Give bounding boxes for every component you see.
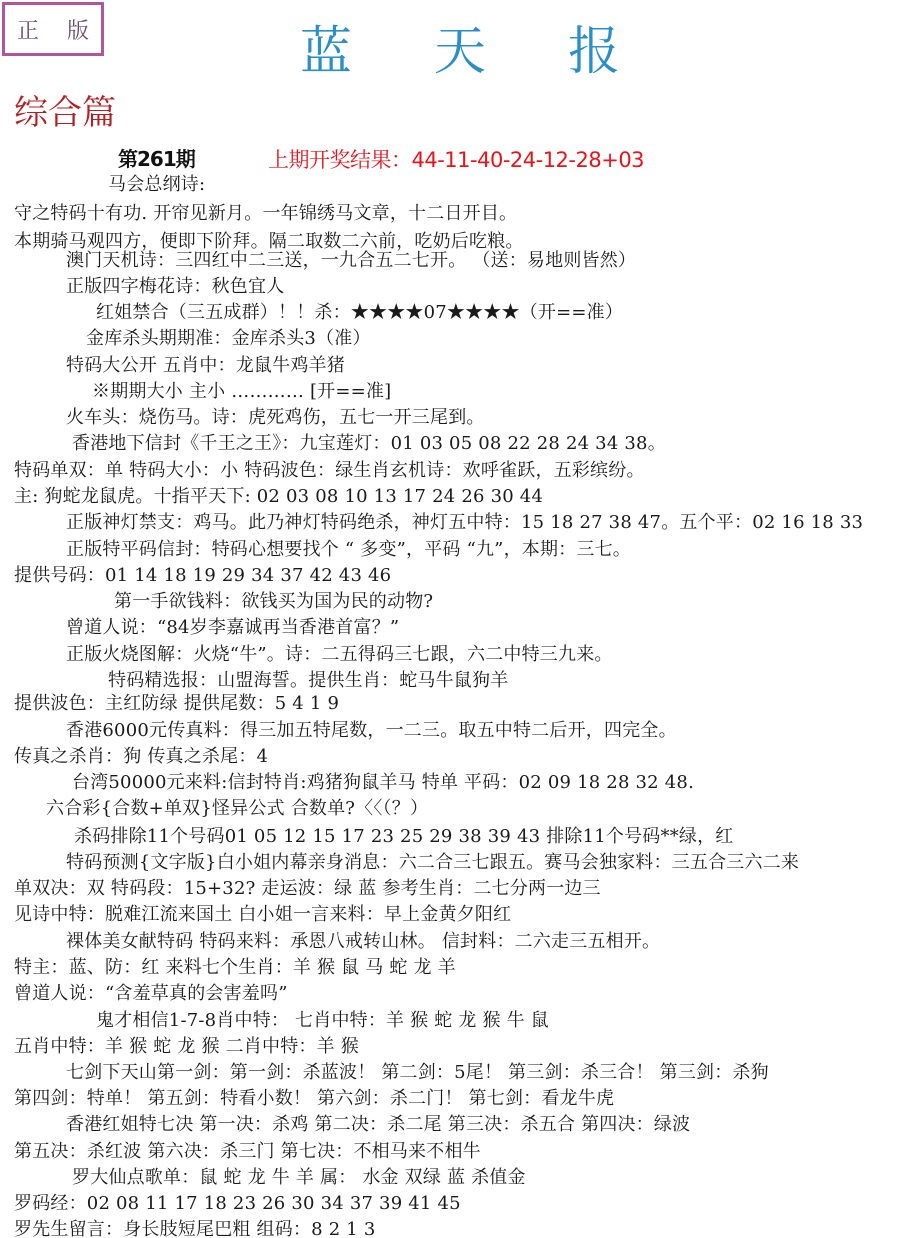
text-line: 第五决：杀红波 第六决：杀三门 第七决：不相马来不相牛 <box>14 1141 481 1163</box>
masthead-char: 报 <box>568 26 620 78</box>
text-line: 罗码经：02 08 11 17 18 23 26 30 34 37 39 41 … <box>14 1193 461 1215</box>
text-line: 香港地下信封《千王之王》：九宝莲灯：01 03 05 08 22 28 24 3… <box>72 433 666 455</box>
text-line: 特主：蓝、防：红 来料七个生肖：羊 猴 鼠 马 蛇 龙 羊 <box>14 957 456 979</box>
text-line: 曾道人说：“84岁李嘉诚再当香港首富？” <box>66 617 399 639</box>
text-line: 金库杀头期期准：金库杀头3（准） <box>86 328 371 350</box>
text-line: 杀码排除11个号码01 05 12 15 17 23 25 29 38 39 4… <box>74 826 734 848</box>
text-line: 罗先生留言：身长肢短尾巴粗 组码：8 2 1 3 <box>14 1219 376 1238</box>
masthead-char: 蓝 <box>300 26 352 78</box>
issue-number: 第261期 <box>118 143 195 172</box>
text-line: 特码大公开 五肖中：龙鼠牛鸡羊猪 <box>66 355 345 377</box>
text-line: 守之特码十有功. 开帘见新月。一年锦绣马文章，十二日开目。 <box>14 203 517 225</box>
last-draw-numbers: 44-11-40-24-12-28+03 <box>412 148 645 172</box>
text-line: 主: 狗蛇龙鼠虎。十指平天下: 02 03 08 10 13 17 24 26 … <box>14 486 543 508</box>
text-line: 台湾50000元来料:信封特肖:鸡猪狗鼠羊马 特单 平码：02 09 18 28… <box>72 772 694 794</box>
text-line: 第四剑：特单！ 第五剑：特看小数！ 第六剑：杀二门！ 第七剑：看龙牛虎 <box>14 1088 614 1110</box>
text-line: 七剑下天山第一剑：第一剑：杀蓝波！ 第二剑：5尾！ 第三剑：杀三合！ 第三剑：杀… <box>66 1062 769 1084</box>
masthead-char: 天 <box>434 26 486 78</box>
text-line: 特码精选报：山盟海誓。提供生肖：蛇马牛鼠狗羊 <box>108 670 508 692</box>
text-line: 正版神灯禁支：鸡马。此乃神灯特码绝杀，神灯五中特：15 18 27 38 47。… <box>66 512 863 534</box>
last-draw-result: 上期开奖结果：44-11-40-24-12-28+03 <box>268 144 644 174</box>
text-line: 提供号码：01 14 18 19 29 34 37 42 43 46 <box>14 565 391 587</box>
authentic-badge: 正 版 <box>2 2 104 56</box>
text-line: 正版特平码信封：特码心想要找个 “ 多变”，平码 “九”，本期：三七。 <box>66 539 631 561</box>
masthead-title: 蓝 天 报 <box>300 22 620 82</box>
text-line: 特码单双：单 特码大小：小 特码波色：绿生肖玄机诗：欢呼雀跃，五彩缤纷。 <box>14 460 645 482</box>
text-line: 鬼才相信1-7-8肖中特： 七肖中特：羊 猴 蛇 龙 猴 牛 鼠 <box>96 1010 549 1032</box>
text-line: 第一手欲钱料：欲钱买为国为民的动物? <box>114 591 433 613</box>
text-line: 正版四字梅花诗：秋色宜人 <box>66 276 284 298</box>
text-line: 马会总纲诗: <box>108 174 205 196</box>
badge-char-right: 版 <box>67 14 89 45</box>
text-line: 提供波色：主红防绿 提供尾数：5 4 1 9 <box>14 693 339 715</box>
text-line: 火车头：烧伤马。诗：虎死鸡伤，五七一开三尾到。 <box>66 407 485 429</box>
text-line: 特码预测{文字版}白小姐内幕亲身消息：六二合三七跟五。赛马会独家料：三五合三六二… <box>66 852 799 874</box>
badge-char-left: 正 <box>17 14 39 45</box>
text-line: 澳门天机诗：三四红中二三送，一九合五二七开。 （送：易地则皆然） <box>66 250 636 272</box>
text-line: 正版火烧图解：火烧“牛”。诗：二五得码三七跟，六二中特三九来。 <box>66 644 613 666</box>
text-line: 单双决：双 特码段：15+32? 走运波：绿 蓝 参考生肖：二七分两一边三 <box>14 878 601 900</box>
text-line: 罗大仙点歌单：鼠 蛇 龙 牛 羊 属： 水金 双绿 蓝 杀值金 <box>72 1167 526 1189</box>
text-line: 传真之杀肖：狗 传真之杀尾：4 <box>14 746 268 768</box>
text-line: 五肖中特：羊 猴 蛇 龙 猴 二肖中特：羊 猴 <box>14 1036 359 1058</box>
text-line: 红姐禁合（三五成群）！！杀：★★★★07★★★★（开==准） <box>96 302 623 324</box>
last-draw-label: 上期开奖结果： <box>268 148 412 172</box>
text-line: 六合彩{合数+单双}怪异公式 合数单?〈〈（？） <box>46 798 428 820</box>
text-line: ※期期大小 主小 ………… [开==准] <box>92 381 391 403</box>
text-line: 见诗中特：脱难江流来国土 白小姐一言来料：早上金黄夕阳红 <box>14 904 511 926</box>
text-line: 香港6000元传真料：得三加五特尾数，一二三。取五中特二后开，四完全。 <box>66 720 677 742</box>
text-line: 裸体美女献特码 特码来料：承恩八戒转山林。 信封料：二六走三五相开。 <box>66 931 660 953</box>
text-line: 香港红姐特七决 第一决：杀鸡 第二决：杀二尾 第三决：杀五合 第四决：绿波 <box>66 1114 690 1136</box>
section-title: 综合篇 <box>14 96 116 130</box>
text-line: 曾道人说：“含羞草真的会害羞吗” <box>14 983 288 1005</box>
